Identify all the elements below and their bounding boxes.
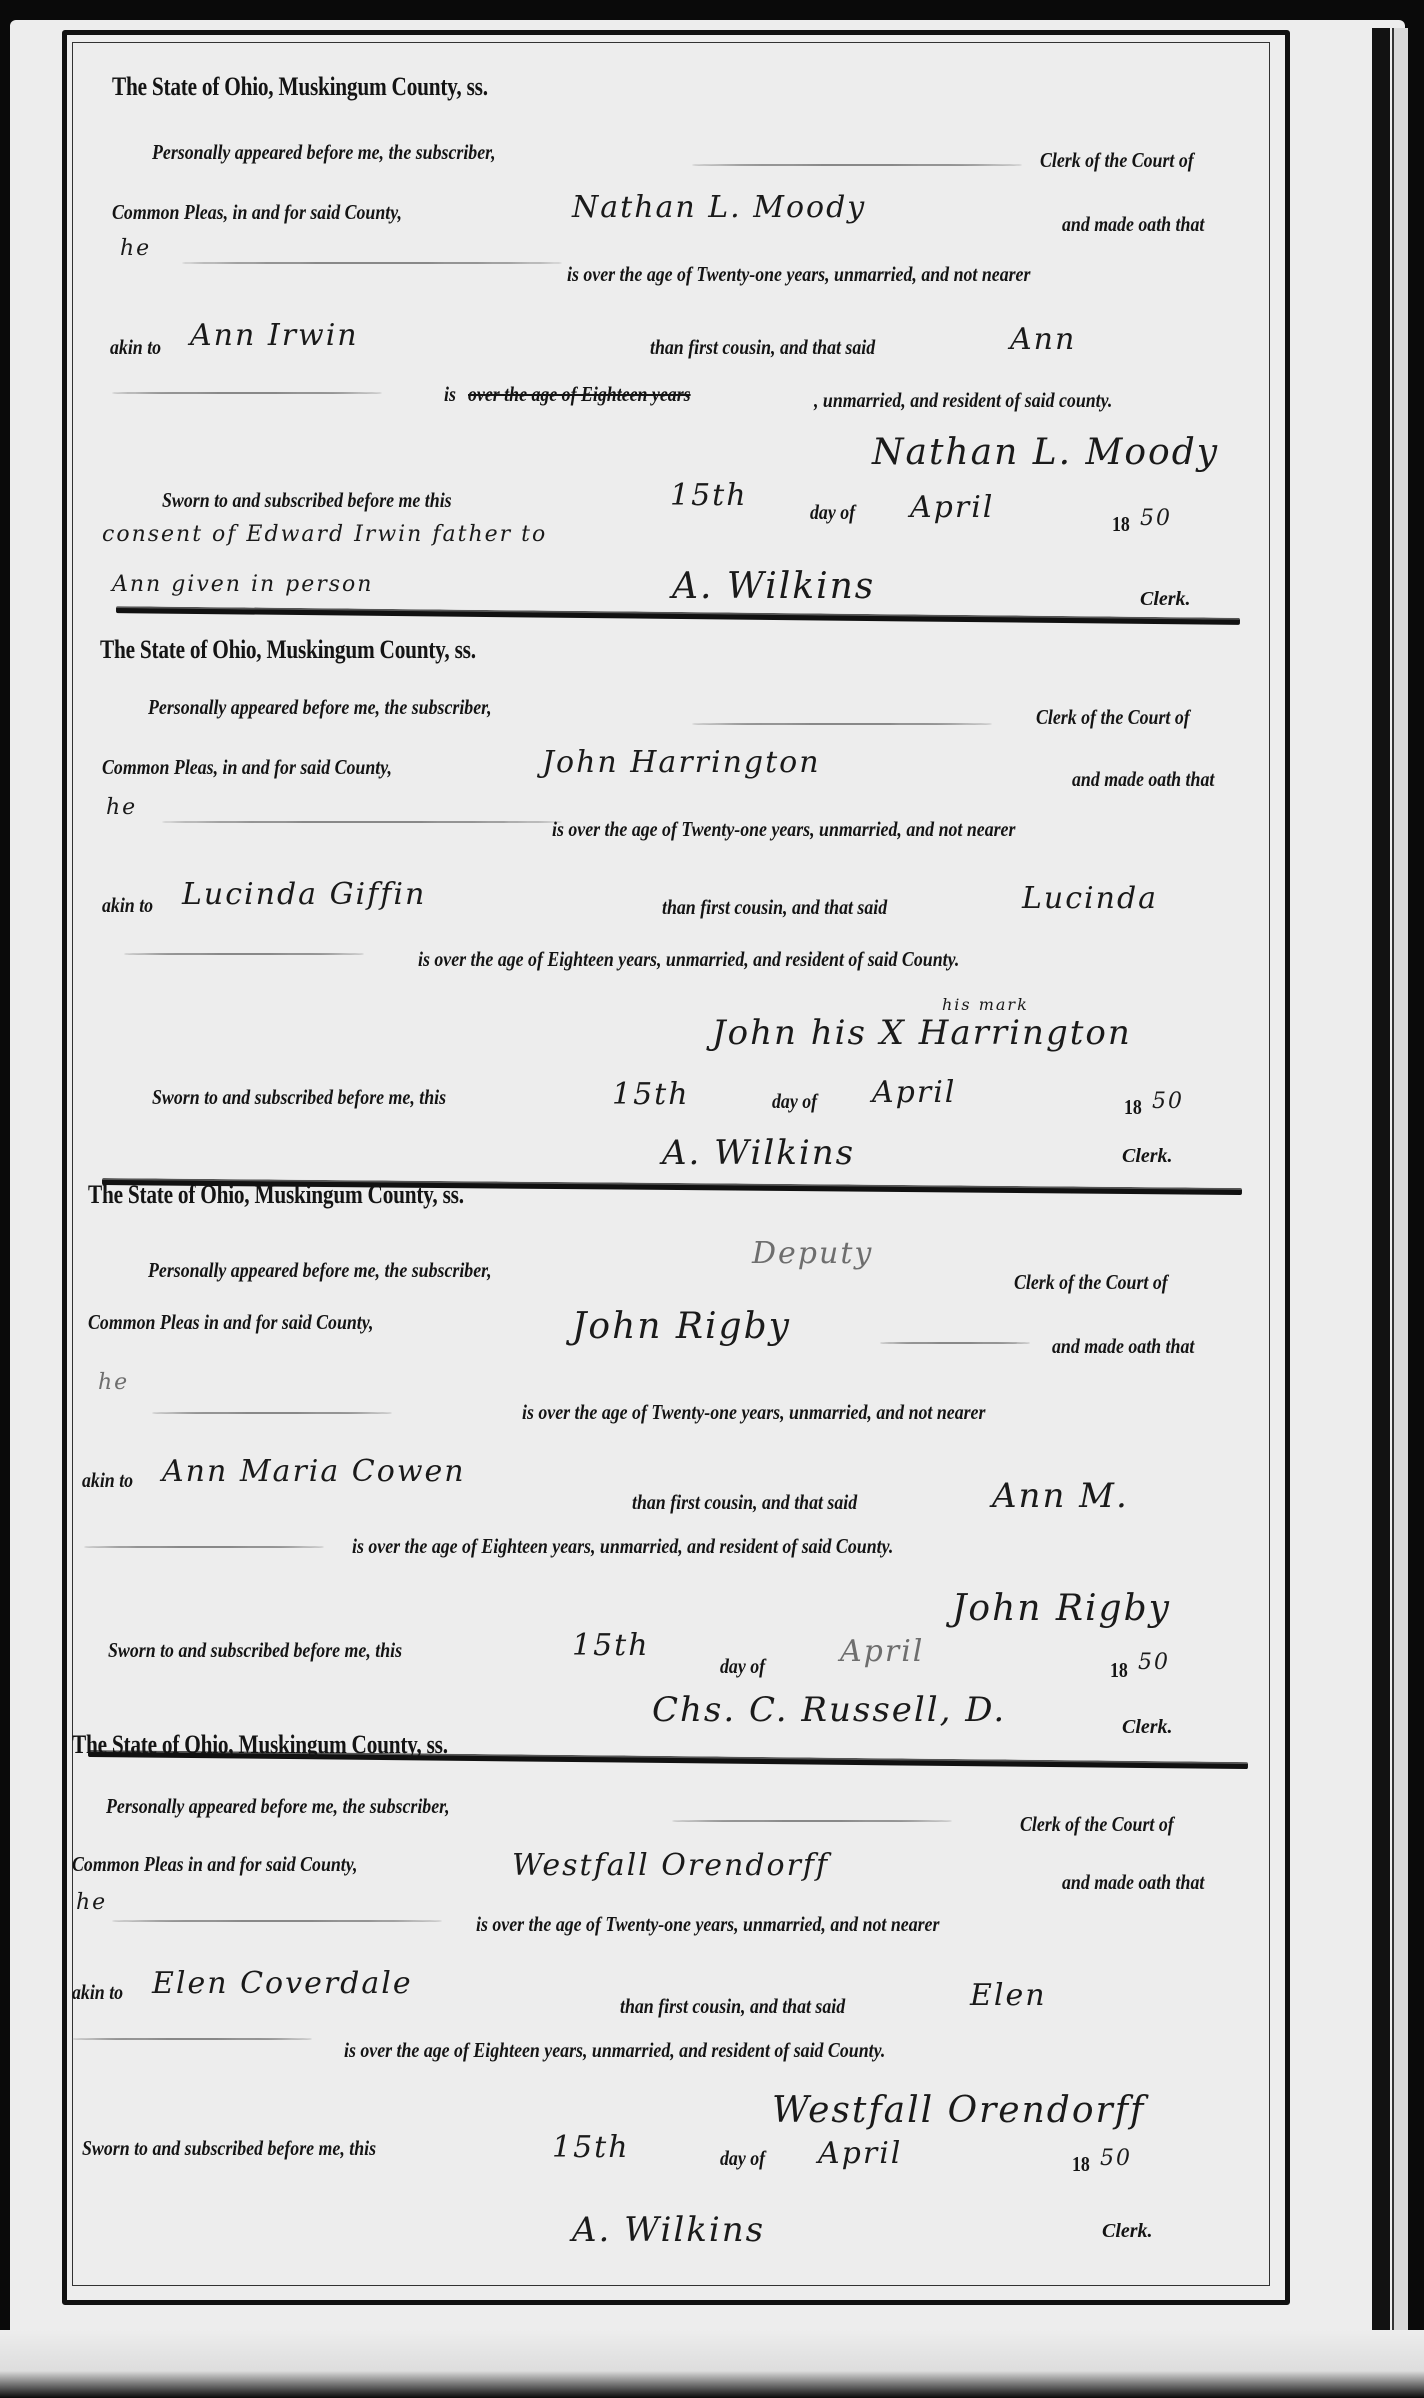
clerk-signature: A. Wilkins bbox=[662, 1133, 855, 1173]
day-of-label: day of bbox=[720, 2146, 765, 2171]
made-oath-text: and made oath that bbox=[1052, 1334, 1194, 1359]
bride-blank bbox=[72, 2038, 312, 2040]
clerk-label: Clerk. bbox=[1122, 1145, 1173, 1168]
sworn-text: Sworn to and subscribed before me, this bbox=[108, 1638, 402, 1663]
month-value: April bbox=[818, 2136, 902, 2171]
day-value: 15th bbox=[670, 478, 748, 513]
resident-text: , unmarried, and resident of said county… bbox=[814, 388, 1112, 413]
consent-note-2: Ann given in person bbox=[112, 572, 373, 597]
clerk-signature: A. Wilkins bbox=[572, 2210, 765, 2250]
akin-to-label: akin to bbox=[82, 1468, 133, 1493]
over-21-text: is over the age of Twenty-one years, unm… bbox=[567, 262, 1030, 287]
pronoun: he bbox=[76, 1890, 107, 1915]
year-value: 50 bbox=[1138, 1650, 1170, 1675]
book-binding bbox=[1372, 28, 1390, 2398]
pronoun-blank bbox=[112, 1920, 442, 1922]
clerk-label: Clerk. bbox=[1102, 2220, 1153, 2243]
day-of-label: day of bbox=[720, 1654, 765, 1679]
bride-name: Ann Irwin bbox=[190, 318, 359, 353]
common-pleas-text: Common Pleas, in and for said County, bbox=[112, 200, 402, 225]
sworn-text: Sworn to and subscribed before me this bbox=[162, 488, 452, 513]
clerk-of-court-text: Clerk of the Court of bbox=[1020, 1812, 1174, 1837]
applicant-name: John Harrington bbox=[542, 745, 821, 780]
common-pleas-text: Common Pleas, in and for said County, bbox=[102, 755, 392, 780]
akin-to-label: akin to bbox=[72, 1980, 123, 2005]
bride-name: Lucinda Giffin bbox=[182, 877, 426, 912]
pronoun: he bbox=[106, 795, 137, 820]
day-of-label: day of bbox=[772, 1089, 817, 1114]
year-prefix: 18 bbox=[1112, 512, 1130, 537]
day-value: 15th bbox=[552, 2130, 630, 2165]
year-value: 50 bbox=[1100, 2146, 1132, 2171]
day-value: 15th bbox=[612, 1077, 690, 1112]
pronoun-blank bbox=[182, 262, 562, 264]
subscriber-blank bbox=[672, 1820, 952, 1822]
affidavit-header: The State of Ohio, Muskingum County, ss. bbox=[88, 1180, 464, 1210]
over-21-text: is over the age of Twenty-one years, unm… bbox=[522, 1400, 985, 1425]
year-value: 50 bbox=[1152, 1089, 1184, 1114]
appeared-text: Personally appeared before me, the subsc… bbox=[148, 695, 492, 720]
over-18-text: is over the age of Eighteen years, unmar… bbox=[344, 2038, 885, 2063]
year-prefix: 18 bbox=[1124, 1095, 1142, 1120]
day-of-label: day of bbox=[810, 500, 855, 525]
first-cousin-text: than first cousin, and that said bbox=[662, 895, 887, 920]
common-pleas-text: Common Pleas in and for said County, bbox=[88, 1310, 373, 1335]
subscriber-blank bbox=[692, 164, 1022, 166]
signature-mark: his mark bbox=[942, 995, 1029, 1014]
over-18-text: is over the age of Eighteen years, unmar… bbox=[352, 1534, 893, 1559]
bride-short-name: Ann M. bbox=[992, 1476, 1129, 1516]
affidavit-header: The State of Ohio, Muskingum County, ss. bbox=[100, 635, 476, 665]
clerk-label: Clerk. bbox=[1140, 588, 1191, 611]
clerk-signature: A. Wilkins bbox=[672, 566, 875, 607]
bride-short-name: Lucinda bbox=[1022, 881, 1158, 916]
appeared-text: Personally appeared before me, the subsc… bbox=[106, 1794, 450, 1819]
month-value: April bbox=[872, 1075, 956, 1110]
made-oath-text: and made oath that bbox=[1062, 1870, 1204, 1895]
applicant-blank bbox=[880, 1342, 1030, 1344]
common-pleas-text: Common Pleas in and for said County, bbox=[72, 1852, 357, 1877]
appeared-text: Personally appeared before me, the subsc… bbox=[148, 1258, 492, 1283]
affidavit-header: The State of Ohio, Muskingum County, ss. bbox=[72, 1730, 448, 1760]
made-oath-text: and made oath that bbox=[1062, 212, 1204, 237]
applicant-name: Westfall Orendorff bbox=[512, 1848, 829, 1883]
over-21-text: is over the age of Twenty-one years, unm… bbox=[476, 1912, 939, 1937]
pronoun-blank bbox=[162, 821, 562, 823]
pronoun: he bbox=[98, 1370, 129, 1395]
pronoun-blank bbox=[152, 1412, 392, 1414]
month-value: April bbox=[910, 490, 994, 525]
year-prefix: 18 bbox=[1110, 1658, 1128, 1683]
day-value: 15th bbox=[572, 1628, 650, 1663]
first-cousin-text: than first cousin, and that said bbox=[620, 1994, 845, 2019]
applicant-signature: John Rigby bbox=[952, 1588, 1171, 1629]
subscriber-blank bbox=[692, 723, 992, 725]
applicant-signature: Westfall Orendorff bbox=[772, 2090, 1145, 2131]
applicant-name: Nathan L. Moody bbox=[572, 190, 866, 225]
applicant-signature: John his X Harrington bbox=[712, 1013, 1132, 1053]
clerk-of-court-text: Clerk of the Court of bbox=[1014, 1270, 1168, 1295]
first-cousin-text: than first cousin, and that said bbox=[650, 335, 875, 360]
year-prefix: 18 bbox=[1072, 2152, 1090, 2177]
bride-blank bbox=[84, 1546, 324, 1548]
appeared-text: Personally appeared before me, the subsc… bbox=[152, 140, 496, 165]
struck-age-clause: over the age of Eighteen years bbox=[468, 382, 691, 407]
affidavit-header: The State of Ohio, Muskingum County, ss. bbox=[112, 72, 488, 102]
bride-name: Elen Coverdale bbox=[152, 1966, 413, 2001]
made-oath-text: and made oath that bbox=[1072, 767, 1214, 792]
clerk-of-court-text: Clerk of the Court of bbox=[1036, 705, 1190, 730]
clerk-of-court-text: Clerk of the Court of bbox=[1040, 148, 1194, 173]
over-21-text: is over the age of Twenty-one years, unm… bbox=[552, 817, 1015, 842]
sworn-text: Sworn to and subscribed before me, this bbox=[82, 2136, 376, 2161]
applicant-name: John Rigby bbox=[572, 1306, 791, 1347]
pronoun: he bbox=[120, 236, 151, 261]
akin-to-label: akin to bbox=[110, 335, 161, 360]
is-label: is bbox=[444, 382, 456, 407]
first-cousin-text: than first cousin, and that said bbox=[632, 1490, 857, 1515]
clerk-label: Clerk. bbox=[1122, 1716, 1173, 1739]
bride-short-name: Elen bbox=[970, 1978, 1047, 2013]
clerk-signature: Chs. C. Russell, D. bbox=[652, 1690, 1006, 1730]
page-bottom-shadow bbox=[0, 2330, 1424, 2398]
bride-blank bbox=[124, 953, 364, 955]
year-value: 50 bbox=[1140, 506, 1172, 531]
subscriber-title: Deputy bbox=[752, 1236, 873, 1271]
bride-short-name: Ann bbox=[1010, 322, 1076, 357]
month-value: April bbox=[840, 1634, 924, 1669]
page-edge bbox=[1392, 28, 1408, 2398]
applicant-signature: Nathan L. Moody bbox=[872, 432, 1219, 473]
bride-name: Ann Maria Cowen bbox=[162, 1454, 466, 1489]
sworn-text: Sworn to and subscribed before me, this bbox=[152, 1085, 446, 1110]
akin-to-label: akin to bbox=[102, 893, 153, 918]
consent-note-1: consent of Edward Irwin father to bbox=[102, 522, 547, 547]
over-18-text: is over the age of Eighteen years, unmar… bbox=[418, 947, 959, 972]
bride-blank bbox=[112, 392, 382, 394]
